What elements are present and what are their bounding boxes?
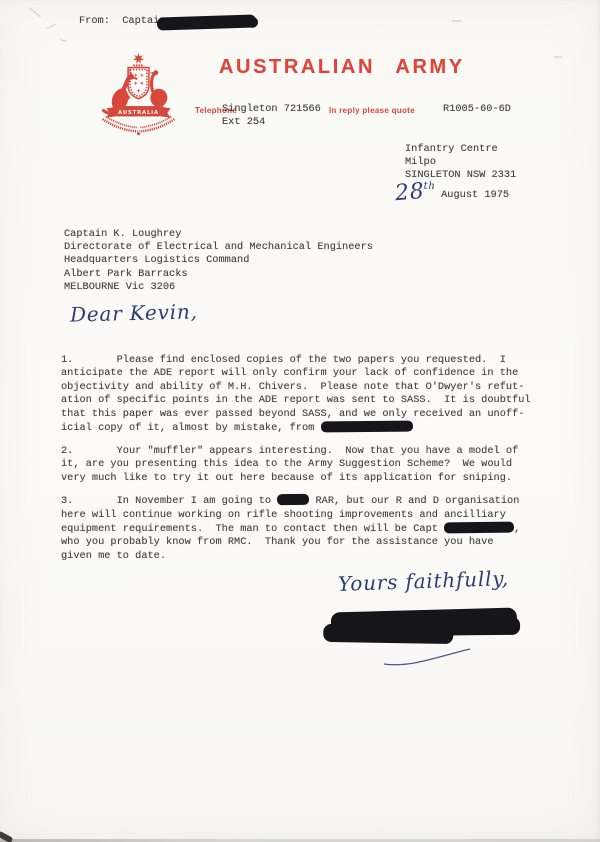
australian-coat-of-arms-icon: AUSTRALIA xyxy=(90,51,187,138)
redaction-bar xyxy=(444,522,514,534)
scanned-letter-page: From: Captain xyxy=(0,0,600,842)
quote-value: R1005-60-6D xyxy=(443,103,511,116)
date-typed: August 1975 xyxy=(441,189,509,201)
redacted-signature-bar xyxy=(331,608,518,639)
telephone-value: Singleton 721566 xyxy=(222,103,321,116)
crest-banner-text: AUSTRALIA xyxy=(118,110,159,116)
signature-flourish xyxy=(382,646,474,670)
typed-paragraph: 3. In November I am going to RAR, but ou… xyxy=(61,494,543,563)
letter-body: 1. Please find enclosed copies of the tw… xyxy=(61,354,543,572)
date-day-handwritten: 28 xyxy=(394,179,426,206)
typed-paragraph: 1. Please find enclosed copies of the tw… xyxy=(61,354,543,436)
redaction-bar xyxy=(277,494,309,505)
salutation-handwritten: Dear Kevin, xyxy=(70,299,198,326)
telephone-extension: Ext 254 xyxy=(222,116,265,129)
from-line: From: Captain xyxy=(79,15,166,28)
scan-speck xyxy=(554,56,562,58)
scan-speck xyxy=(29,8,41,17)
closing-handwritten: Yours faithfully, xyxy=(338,566,510,596)
org-title: AUSTRALIAN ARMY xyxy=(219,56,465,79)
scan-speck xyxy=(60,39,67,42)
redaction-bar xyxy=(320,421,412,433)
scan-speck xyxy=(46,24,55,30)
redacted-sender-name-bar xyxy=(157,14,256,30)
date-block: 28th August 1975 xyxy=(395,180,508,205)
scan-speck xyxy=(452,20,461,22)
sender-address: Infantry CentreMilpoSINGLETON NSW 2331 xyxy=(405,143,516,183)
typed-paragraph: 2. Your "muffler" appears interesting. N… xyxy=(61,445,543,485)
date-ordinal-handwritten: th xyxy=(424,181,436,192)
recipient-address: Captain K. LoughreyDirectorate of Electr… xyxy=(64,228,373,294)
quote-label: In reply please quote xyxy=(329,106,415,115)
